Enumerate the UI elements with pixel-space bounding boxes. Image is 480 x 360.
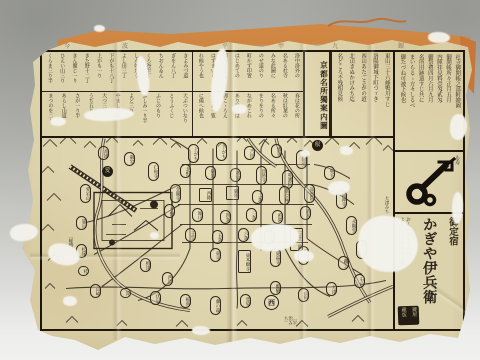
text-column: しん如だう bbox=[133, 53, 138, 90]
text-column: きた野十二丁 bbox=[84, 53, 89, 90]
map-cartouche: 醍醐 bbox=[270, 281, 281, 295]
top-text-band: きよみづ道ぎをん八丁ちおんゐんくろ谷半丁しん如だうよし田三丁下がも十八丁上がも一… bbox=[42, 52, 393, 136]
text-column: きよみづ道 bbox=[182, 53, 187, 90]
printed-border-frame: きよみづ道ぎをん八丁ちおんゐんくろ谷半丁しん如だうよし田三丁下がも十八丁上がも一… bbox=[40, 50, 465, 331]
map-cartouche: 五条 bbox=[212, 230, 223, 244]
map-cartouche: 東本願寺 bbox=[238, 250, 251, 273]
text-column: 町かず印置 bbox=[246, 53, 251, 90]
map-cartouche: 聖天 bbox=[324, 166, 335, 180]
text-row: 大ぶついなりとうふくじふじのもりふしみ一り半よど三りやましな道大つ三りうぢ五りさ… bbox=[42, 92, 192, 136]
text-column: 下がも十八丁 bbox=[108, 53, 113, 90]
map-cartouche: 北野 bbox=[180, 164, 191, 178]
map-cartouche: 御室 bbox=[124, 152, 135, 166]
text-column: みな此圖に bbox=[270, 53, 275, 90]
text-column: 洛中洛外の bbox=[294, 53, 299, 90]
map-cartouche: 知恩院 bbox=[304, 184, 315, 203]
map-cartouche: 東福寺 bbox=[270, 248, 281, 267]
map-cartouche: 壬生 bbox=[185, 228, 196, 242]
map-cartouche: 桂 bbox=[78, 266, 89, 276]
text-column: 大つ三り bbox=[101, 93, 106, 135]
map-cartouche: 革堂 bbox=[230, 168, 241, 182]
text-column: 名ある所々 bbox=[270, 93, 275, 135]
map-cartouche: 平野 bbox=[164, 204, 175, 218]
map-cartouche: 永観堂 bbox=[346, 216, 357, 235]
map-cartouche: 梅津 bbox=[140, 258, 151, 272]
shop-name: かぎや伊兵衛 bbox=[421, 217, 435, 326]
map-cartouche: 伏見 bbox=[150, 291, 161, 305]
map-cartouche: 石山 bbox=[354, 274, 365, 288]
text-column: に備へ候也 bbox=[198, 93, 203, 135]
text-column: 御開帳所々正月五月 bbox=[444, 54, 450, 150]
map-cartouche: 南禅寺 bbox=[336, 190, 347, 209]
notice-block: 社寺御開帳之部附繪圖御開帳所々正月五月内陣拝見料壹匁貳匁御祭禮四月六月九月名所旧… bbox=[395, 52, 463, 150]
map-paper-sheet: 今波平甲九銀 きよみづ道ぎをん八丁ちおんゐんくろ谷半丁しん如だうよし田三丁下がも… bbox=[0, 0, 480, 360]
map-cartouche: 下がも bbox=[216, 142, 227, 161]
map-cartouche: 吉田 bbox=[244, 146, 255, 160]
text-column: 御こゝろえ bbox=[222, 93, 227, 135]
map-label: 〔嵯峨〕 bbox=[64, 232, 73, 253]
band-section-middle: 洛中洛外の名ある社寺みな此圖にのせ道のり町かず印置はじめての御方もまよはずまいら… bbox=[193, 52, 303, 136]
text-column: のせ道のり bbox=[258, 53, 263, 90]
logo-label: ゐ寿 bbox=[453, 155, 460, 165]
map-cartouche: 泉涌寺 bbox=[298, 246, 309, 265]
text-column: 洛陽御城下町つゞき bbox=[371, 53, 377, 135]
text-column: あり候へば bbox=[234, 93, 239, 135]
advert-panel: 社寺御開帳之部附繪圖御開帳所々正月五月内陣拝見料壹匁貳匁御祭禮四月六月九月名所旧… bbox=[395, 52, 463, 329]
text-column: はずまいら bbox=[210, 53, 215, 90]
text-column: 上がも一り bbox=[96, 53, 101, 90]
map-cartouche: 清水 bbox=[300, 206, 311, 220]
text-row: 春は花の所秋は紅葉の名ある所々をりをりのながめこれあり候へば御こゝろえのため一覧… bbox=[193, 92, 303, 136]
west-compass-mark: 西 bbox=[264, 295, 279, 310]
text-column: あらし山道 bbox=[61, 93, 66, 135]
map-cartouche: 頂妙寺 bbox=[256, 166, 267, 185]
text-column: 名どころ不残相見候 bbox=[336, 53, 342, 135]
map-cartouche: 淀 bbox=[120, 288, 131, 298]
text-column: れ候やう也 bbox=[198, 53, 203, 90]
map-cartouche: 上がも bbox=[188, 144, 199, 163]
text-column: をりをりの bbox=[258, 93, 263, 135]
text-column: 春は花の所 bbox=[294, 93, 299, 135]
margin-character: 波 bbox=[122, 41, 128, 50]
text-column: ひえい山三り bbox=[59, 53, 64, 90]
map-cartouche: 西京 bbox=[162, 272, 173, 286]
map-cartouche: 愛宕山 bbox=[80, 184, 91, 203]
map-cartouche: 祇園 bbox=[272, 210, 283, 224]
map-column: きよみづ道ぎをん八丁ちおんゐんくろ谷半丁しん如だうよし田三丁下がも十八丁上がも一… bbox=[42, 52, 393, 329]
text-column: 御祭禮四月六月九月 bbox=[426, 54, 432, 150]
map-cartouche: 仁和寺 bbox=[148, 162, 159, 181]
text-column: 名ある社寺 bbox=[282, 53, 287, 90]
map-label: 大津みち bbox=[380, 194, 389, 215]
text-column: 東山三十六峰鴨川すじ bbox=[383, 53, 389, 135]
margin-character: 九 bbox=[332, 41, 338, 50]
text-column: とうふくじ bbox=[168, 93, 173, 135]
text-column: ちおんゐん bbox=[157, 53, 162, 90]
text-row: きよみづ道ぎをん八丁ちおんゐんくろ谷半丁しん如だうよし田三丁下がも十八丁上がも一… bbox=[42, 52, 192, 91]
map-cartouche: 山崎 bbox=[90, 284, 101, 298]
map-cartouche: 嵐山 bbox=[76, 216, 87, 230]
notice-columns: 社寺御開帳之部附繪圖御開帳所々正月五月内陣拝見料壹匁貳匁御祭禮四月六月九月名所旧… bbox=[396, 53, 462, 150]
map-cartouche: 真如堂 bbox=[296, 150, 307, 169]
map-title: 京都名所獨案内圖 bbox=[304, 52, 330, 136]
text-column: よし田三丁 bbox=[121, 53, 126, 90]
map-cartouche: 蹴上 bbox=[338, 256, 349, 270]
text-column: まつのを二り bbox=[47, 93, 52, 135]
text-column: はじめての bbox=[234, 53, 239, 90]
map-cartouche: 東寺 bbox=[210, 248, 221, 262]
map-cartouche: 堀川 bbox=[192, 208, 203, 222]
map-cartouche: 四条 bbox=[220, 210, 231, 224]
text-column: 北山きぬかけみち迄 bbox=[348, 53, 354, 135]
text-column: 名所旧跡道すじ共に bbox=[417, 54, 423, 150]
map-cartouche: 藤の森 bbox=[210, 296, 221, 315]
map-cartouche: 山科 bbox=[298, 288, 309, 302]
text-row: 東山三十六峰鴨川すじ洛陽御城下町つゞき西山あたごさがの道北山きぬかけみち迄名どこ… bbox=[332, 52, 393, 136]
text-column: ぎをん八丁 bbox=[170, 53, 175, 90]
map-cartouche: 高雄 bbox=[98, 146, 109, 160]
map-cartouche: 稲荷 bbox=[180, 294, 191, 308]
map-cartouche: 二条 bbox=[252, 190, 263, 204]
text-column: きん閣じ一り bbox=[71, 53, 76, 90]
text-column: 秋は紅葉の bbox=[282, 93, 287, 135]
map-cartouche: 西陣 bbox=[199, 188, 212, 202]
seal-text: 鍵屋 bbox=[411, 306, 417, 325]
text-column: やましな道 bbox=[114, 93, 119, 135]
text-column: ふじのもり bbox=[155, 93, 160, 135]
map-cartouche: 黒谷 bbox=[271, 144, 282, 158]
seal-text: 藏版 bbox=[400, 306, 406, 325]
map-cartouche: 金閣寺 bbox=[170, 184, 181, 203]
text-column: 西山あたごさがの道 bbox=[359, 53, 365, 135]
publisher-seal: 鍵屋 藏版 bbox=[398, 306, 420, 326]
map-marker-circle: 叡 bbox=[312, 140, 323, 151]
text-column: さが一り半 bbox=[74, 93, 79, 135]
map-cartouche: 新京極 bbox=[279, 186, 290, 205]
map-label: 〔宇治みち〕 bbox=[288, 314, 297, 329]
map-cartouche: 日の岡 bbox=[356, 240, 367, 259]
text-column: うぢ五り bbox=[87, 93, 92, 135]
photograph-background: 今波平甲九銀 きよみづ道ぎをん八丁ちおんゐんくろ谷半丁しん如だうよし田三丁下がも… bbox=[0, 0, 480, 360]
text-column: 御たづね可被下候也 bbox=[399, 54, 405, 150]
text-column: くらま三り半 bbox=[47, 53, 52, 90]
map-cartouche: 六条 bbox=[238, 228, 249, 242]
map-cartouche: 墨染 bbox=[240, 294, 251, 308]
map-cartouche: 御靈 bbox=[205, 166, 216, 180]
orange-squiggle-mark bbox=[0, 0, 480, 40]
band-section-left: きよみづ道ぎをん八丁ちおんゐんくろ谷半丁しん如だうよし田三丁下がも十八丁上がも一… bbox=[42, 52, 192, 136]
text-column: 内陣拝見料壹匁貳匁 bbox=[435, 54, 441, 150]
text-column: 御方もまよ bbox=[222, 53, 227, 90]
advert-heading: 御定宿 bbox=[445, 217, 459, 326]
text-column: 社寺御開帳之部附繪圖 bbox=[454, 54, 460, 150]
text-column: よど三り bbox=[128, 93, 133, 135]
text-column: ふしみ一り半 bbox=[141, 93, 146, 135]
text-column: くろ谷半丁 bbox=[145, 53, 150, 90]
map-area: 上がも下がも吉田黒谷真如堂北野御靈革堂頂妙寺聖護院金閣寺西陣御所二条新京極知恩院… bbox=[42, 138, 393, 329]
calligraphy-advert: 御定宿 かぎや伊兵衛 おんあつらへの品々 よろしくつかまつり候 鍵屋 藏版 bbox=[395, 214, 463, 329]
map-marker-circle: 愛 bbox=[102, 166, 113, 177]
band-section-right: 東山三十六峰鴨川すじ洛陽御城下町つゞき西山あたごさがの道北山きぬかけみち迄名どこ… bbox=[332, 52, 393, 136]
cartouche-layer: 上がも下がも吉田黒谷真如堂北野御靈革堂頂妙寺聖護院金閣寺西陣御所二条新京極知恩院… bbox=[42, 138, 393, 329]
map-cartouche: 大佛 bbox=[264, 230, 275, 244]
text-column: ながめこれ bbox=[246, 93, 251, 135]
key-logo-box: ゐ寿 bbox=[395, 152, 463, 212]
text-column: まいらるゝ方々しるべ bbox=[408, 54, 414, 150]
map-cartouche: 大津 bbox=[326, 282, 337, 296]
text-column: のため一覧 bbox=[210, 93, 215, 135]
text-row: 洛中洛外の名ある社寺みな此圖にのせ道のり町かず印置はじめての御方もまよはずまいら… bbox=[193, 52, 303, 91]
map-cartouche: 松尾 bbox=[76, 244, 87, 258]
map-cartouche: 三条 bbox=[246, 208, 257, 222]
text-column: 大ぶついなり bbox=[182, 93, 187, 135]
map-cartouche: 御所 bbox=[226, 186, 239, 200]
